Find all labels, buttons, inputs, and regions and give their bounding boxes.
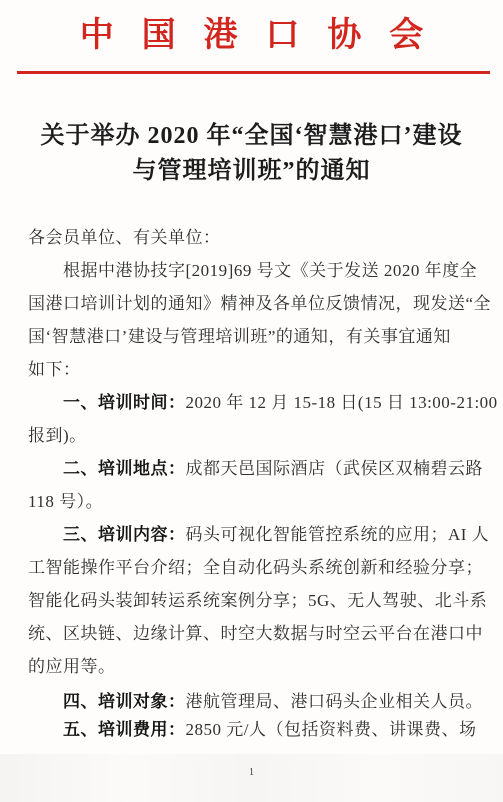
document-line: 五、培训费用：2850 元/人（包括资料费、讲课费、场 [28,716,473,744]
document-line: 二、培训地点：成都天邑国际酒店（武侯区双楠碧云路 [28,452,473,485]
section-label: 三、培训内容： [63,525,186,544]
line-text: 港航管理局、港口码头企业相关人员。 [186,692,484,711]
line-text: 根据中港协技字[2019]69 号文《关于发送 2020 年度全 [63,261,477,280]
line-text: 国‘智慧港口’建设与管理培训班”的通知，有关事宜通知 [28,327,451,346]
scan-smudge [0,754,503,802]
line-text: 2850 元/人（包括资料费、讲课费、场 [186,720,477,739]
document-line: 智能化码头装卸转运系统案例分享；5G、无人驾驶、北斗系 [28,584,473,617]
line-text: 各会员单位、有关单位： [28,228,221,247]
document-line: 一、培训时间：2020 年 12 月 15-18 日(15 日 13:00-21… [28,386,473,419]
section-label: 五、培训费用： [63,720,186,739]
org-letterhead-title: 中国港口协会 [0,0,503,58]
document-line: 根据中港协技字[2019]69 号文《关于发送 2020 年度全 [28,254,473,287]
document-line: 三、培训内容：码头可视化智能管控系统的应用；AI 人 [28,518,473,551]
document-title-line2: 与管理培训班”的通知 [0,154,503,189]
document-line: 四、培训对象：港航管理局、港口码头企业相关人员。 [28,688,473,716]
section-label: 二、培训地点： [63,459,186,478]
line-text: 的应用等。 [28,657,116,676]
document-line: 统、区块链、边缘计算、时空大数据与时空云平台在港口中 [28,617,473,650]
document-page: 中国港口协会 关于举办 2020 年“全国‘智慧港口’建设 与管理培训班”的通知… [0,0,503,802]
document-line: 国‘智慧港口’建设与管理培训班”的通知，有关事宜通知 [28,320,473,353]
line-text: 智能化码头装卸转运系统案例分享；5G、无人驾驶、北斗系 [28,591,487,610]
document-line: 各会员单位、有关单位： [28,221,473,254]
section-label: 四、培训对象： [63,692,186,711]
document-line: 如下： [28,353,473,386]
section-label: 一、培训时间： [63,393,186,412]
line-text: 国港口培训计划的通知》精神及各单位反馈情况，现发送“全 [28,294,491,313]
line-text: 118 号）。 [28,492,103,511]
line-text: 码头可视化智能管控系统的应用；AI 人 [186,525,490,544]
document-line: 报到)。 [28,419,473,452]
document-line: 国港口培训计划的通知》精神及各单位反馈情况，现发送“全 [28,287,473,320]
document-title-line1: 关于举办 2020 年“全国‘智慧港口’建设 [0,119,503,154]
line-text: 成都天邑国际酒店（武侯区双楠碧云路 [186,459,484,478]
line-text: 报到)。 [28,426,87,445]
document-line: 的应用等。 [28,650,473,683]
document-line: 118 号）。 [28,485,473,518]
document-line: 工智能操作平台介绍；全自动化码头系统创新和经验分享； [28,551,473,584]
document-title: 关于举办 2020 年“全国‘智慧港口’建设 与管理培训班”的通知 [0,119,503,189]
line-text: 统、区块链、边缘计算、时空大数据与时空云平台在港口中 [28,624,483,643]
page-number: 1 [0,767,503,778]
line-text: 2020 年 12 月 15-18 日(15 日 13:00-21:00 [186,393,498,412]
line-text: 工智能操作平台介绍；全自动化码头系统创新和经验分享； [28,558,483,577]
letterhead-divider-line [17,71,490,74]
line-text: 如下： [28,360,81,379]
document-body: 各会员单位、有关单位：根据中港协技字[2019]69 号文《关于发送 2020 … [0,221,503,744]
